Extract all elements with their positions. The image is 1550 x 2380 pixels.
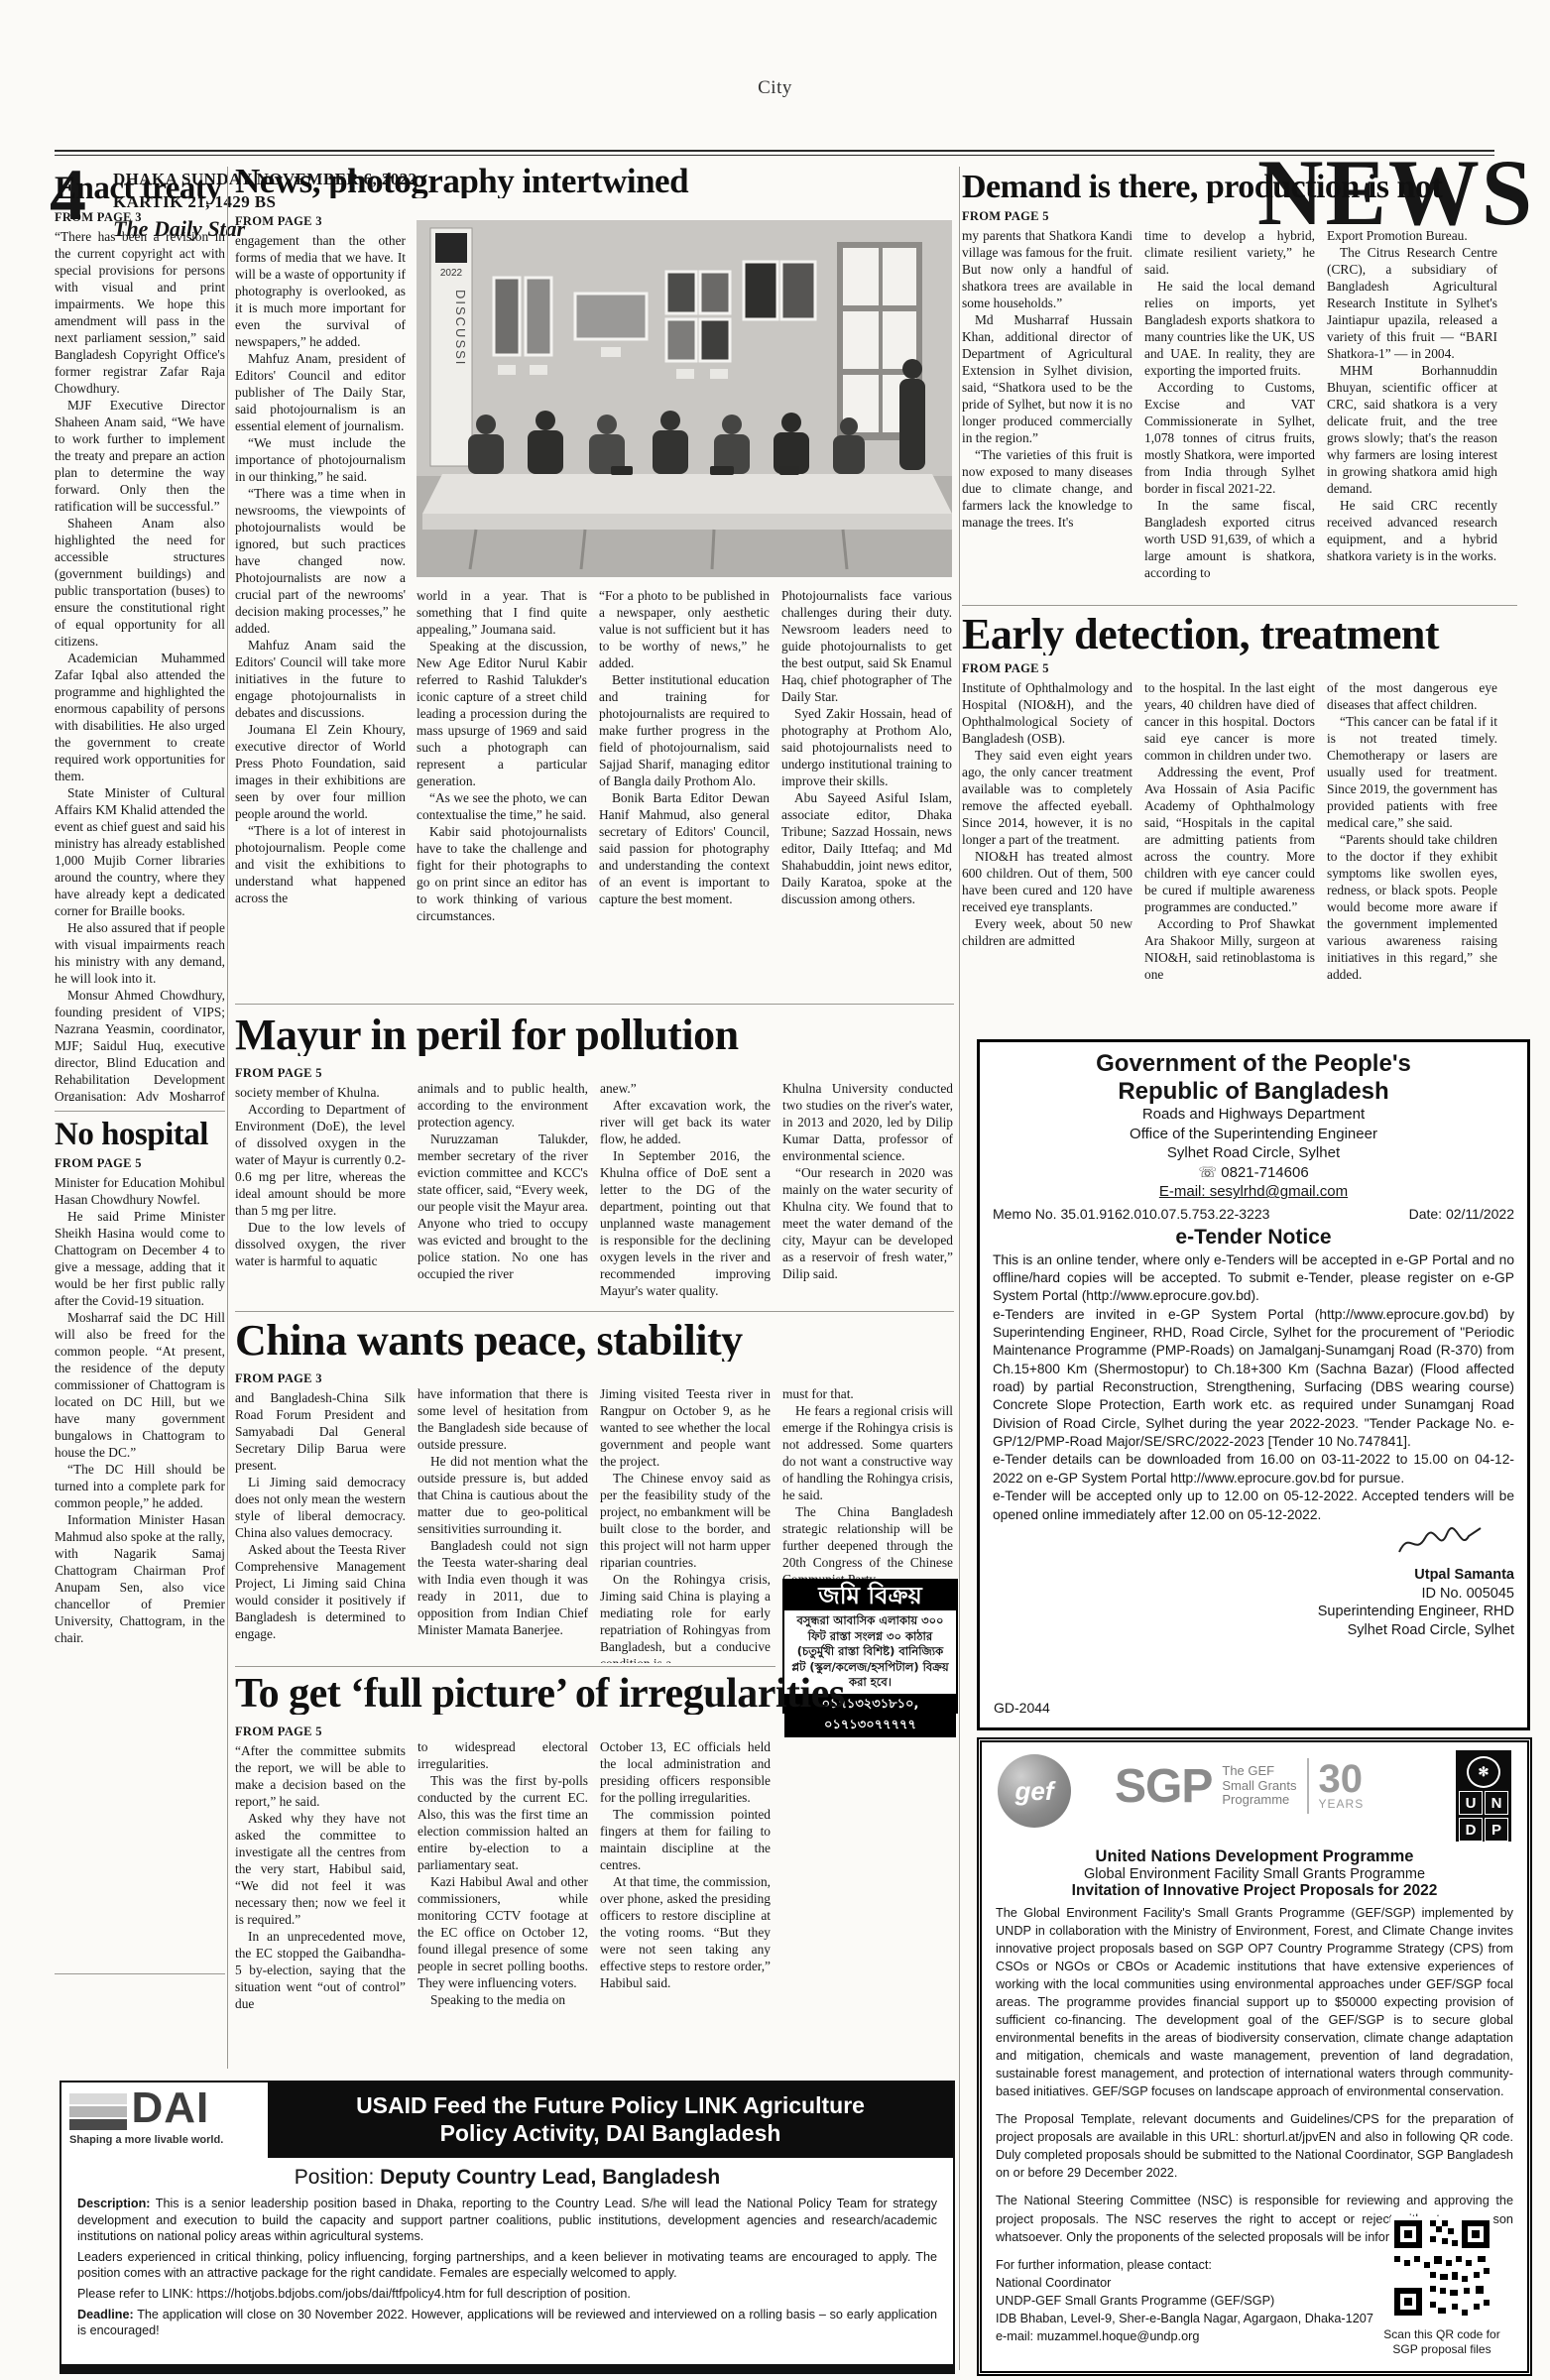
article-headline: Mayur in peril for pollution — [235, 1013, 957, 1056]
article-column: time to develop a hybrid, climate resili… — [1144, 227, 1315, 592]
signatory-name: Utpal Samanta — [993, 1566, 1514, 1585]
dai-deadline: Deadline: The application will close on … — [77, 2307, 937, 2339]
article-demand: Demand is there, production is not FROM … — [962, 171, 1517, 592]
sgp-logo-subtext: The GEFSmall GrantsProgramme — [1222, 1764, 1296, 1809]
paragraph: Asked about the Teesta River Comprehensi… — [235, 1541, 406, 1642]
paragraph: Kazi Habibul Awal and other commissioner… — [417, 1873, 588, 1991]
undp-title3: Invitation of Innovative Project Proposa… — [996, 1882, 1513, 1900]
article-column: October 13, EC officials held the local … — [600, 1719, 771, 2054]
undp-logo-row: gef SGP The GEFSmall GrantsProgramme 30 … — [996, 1750, 1513, 1845]
section-rule — [55, 1973, 225, 1974]
paragraph: This was the first by-polls conducted by… — [417, 1772, 588, 1873]
dai-job-ad: DAI Shaping a more livable world. USAID … — [60, 2081, 955, 2374]
article-no-hospital: No hospital FROM PAGE 5 Minister for Edu… — [55, 1119, 225, 1967]
gov-title-line1: Government of the People's — [993, 1050, 1514, 1078]
article-news-photography-col1: FROM PAGE 3 engagement than the other fo… — [235, 208, 406, 1004]
dai-link-line: Please refer to LINK: https://hotjobs.bd… — [77, 2286, 937, 2303]
article-headline: Early detection, treatment — [962, 613, 1517, 655]
paragraph: The Citrus Research Centre (CRC), a subs… — [1327, 244, 1497, 362]
paragraph: He said Prime Minister Sheikh Hasina wou… — [55, 1208, 225, 1309]
paragraph: He also assured that if people with visu… — [55, 919, 225, 987]
paragraph: “As we see the photo, we can contextuali… — [417, 789, 587, 823]
paragraph: In September 2016, the Khulna office of … — [600, 1147, 771, 1299]
article-column: must for that.He fears a regional crisis… — [782, 1366, 953, 1604]
article-news-photography-cols: world in a year. That is something that … — [417, 587, 952, 1002]
paragraph: According to Customs, Excise and VAT Com… — [1144, 379, 1315, 497]
article-headline: Enact treaty — [55, 173, 225, 204]
paragraph: After excavation work, the river will ge… — [600, 1097, 771, 1147]
section-label: City — [0, 77, 1550, 99]
qr-code-block: Scan this QR code for SGP proposal files — [1378, 2216, 1505, 2357]
paragraph: “Our research in 2020 was mainly on the … — [782, 1164, 953, 1282]
paragraph: Export Promotion Bureau. — [1327, 227, 1497, 244]
undp-title2: Global Environment Facility Small Grants… — [996, 1866, 1513, 1882]
etender-title: e-Tender Notice — [993, 1226, 1514, 1249]
paragraph: He did not mention what the outside pres… — [417, 1453, 588, 1537]
paragraph: must for that. — [782, 1385, 953, 1402]
signatory-address: Sylhet Road Circle, Sylhet — [993, 1621, 1514, 1640]
qr-caption-line1: Scan this QR code for — [1378, 2327, 1505, 2342]
paragraph: They said even eight years ago, the only… — [962, 747, 1133, 848]
article-column: and Bangladesh-China Silk Road Forum Pre… — [235, 1389, 406, 1645]
qr-code-icon — [1390, 2216, 1493, 2320]
memo-number: Memo No. 35.01.9162.010.07.5.753.22-3223 — [993, 1206, 1269, 1222]
paragraph: Nuruzzaman Talukder, member secretary of… — [417, 1130, 588, 1282]
paragraph: Md Musharraf Hussain Khan, additional di… — [962, 311, 1133, 446]
paragraph: According to Prof Shawkat Ara Shakoor Mi… — [1144, 915, 1315, 983]
dai-description: Description: This is a senior leadership… — [77, 2196, 937, 2245]
article-column: of the most dangerous eye diseases that … — [1327, 679, 1497, 1018]
paragraph: He said CRC recently received advanced r… — [1327, 497, 1497, 564]
section-rule — [962, 605, 1517, 606]
article-column: to widespread electoral irregularities.T… — [417, 1719, 588, 2054]
dai-banner-line1: USAID Feed the Future Policy LINK Agricu… — [268, 2092, 953, 2120]
un-emblem-icon: ✻ — [1467, 1756, 1500, 1788]
paragraph: In the same fiscal, Bangladesh exported … — [1144, 497, 1315, 581]
article-headline: To get ‘full picture’ of irregularities — [235, 1674, 957, 1715]
jump-line: FROM PAGE 5 — [235, 1066, 406, 1081]
paragraph: Kabir said photojournalists have to take… — [417, 823, 587, 924]
article-column: my parents that Shatkora Kandi village w… — [962, 227, 1133, 592]
memo-date: Date: 02/11/2022 — [1409, 1206, 1514, 1222]
discussion-photo-art: 2022 DISCUSSI — [417, 220, 952, 577]
signatory-role: Superintending Engineer, RHD — [993, 1603, 1514, 1621]
paragraph: to the hospital. In the last eight years… — [1144, 679, 1315, 764]
paragraph: animals and to public health, according … — [417, 1080, 588, 1130]
paragraph: Due to the low levels of dissolved oxyge… — [235, 1219, 406, 1269]
paragraph: At that time, the commission, over phone… — [600, 1873, 771, 1991]
paragraph: “There has been a revision in the curren… — [55, 228, 225, 397]
paragraph: He said the local demand relies on impor… — [1144, 278, 1315, 379]
article-column: Minister for Education Mohibul Hasan Cho… — [55, 1174, 225, 1967]
section-rule — [235, 1004, 954, 1005]
jump-line: FROM PAGE 3 — [235, 1371, 406, 1386]
paragraph: Monsur Ahmed Chowdhury, founding preside… — [55, 987, 225, 1101]
undp-title1: United Nations Development Programme — [996, 1847, 1513, 1866]
dai-logo: DAI Shaping a more livable world. — [61, 2082, 268, 2158]
paragraph: time to develop a hybrid, climate resili… — [1144, 227, 1315, 278]
article-column: “For a photo to be published in a newspa… — [599, 587, 770, 1002]
dai-tagline: Shaping a more livable world. — [69, 2134, 260, 2146]
svg-text:DISCUSSI: DISCUSSI — [453, 290, 468, 366]
article-news-photography: News, photography intertwined — [235, 165, 957, 198]
paragraph: Academician Muhammed Zafar Iqbal also at… — [55, 650, 225, 784]
article-full-picture: To get ‘full picture’ of irregularities … — [235, 1674, 957, 2054]
undp-logo-icon: ✻ UN DP — [1456, 1750, 1511, 1842]
paragraph: He fears a regional crisis will emerge i… — [782, 1402, 953, 1503]
paragraph: Photojournalists face various challenges… — [781, 587, 952, 705]
newspaper-page: City 4 DHAKA SUNDAY NOVEMBER 6, 2022 KAR… — [0, 0, 1550, 2380]
article-enact-treaty: Enact treaty FROM PAGE 3 “There has been… — [55, 173, 225, 1101]
signature-icon — [1395, 1526, 1485, 1560]
jump-line: FROM PAGE 5 — [235, 1725, 406, 1739]
gov-office: Office of the Superintending Engineer — [993, 1125, 1514, 1144]
article-column: society member of Khulna.According to De… — [235, 1084, 406, 1306]
paragraph: “We must include the importance of photo… — [235, 434, 406, 485]
dai-banner-line2: Policy Activity, DAI Bangladesh — [268, 2120, 953, 2148]
gov-circle: Sylhet Road Circle, Sylhet — [993, 1143, 1514, 1163]
paragraph: The Chinese envoy said as per the feasib… — [600, 1470, 771, 1571]
article-headline: News, photography intertwined — [235, 165, 957, 198]
paragraph: MJF Executive Director Shaheen Anam said… — [55, 397, 225, 515]
paragraph: Mahfuz Anam said the Editors' Council wi… — [235, 637, 406, 721]
paragraph: The China Bangladesh strategic relations… — [782, 1503, 953, 1588]
ad-serial: GD-2044 — [994, 1700, 1050, 1716]
sgp-logo-divider — [1307, 1758, 1309, 1814]
etender-para4: e-Tender will be accepted only up to 12.… — [993, 1487, 1514, 1524]
paragraph: Syed Zakir Hossain, head of photography … — [781, 705, 952, 789]
article-column: “After the committee submits the report,… — [235, 1742, 406, 2036]
gef-logo-icon: gef — [998, 1754, 1071, 1828]
paragraph: Jiming visited Teesta river in Rangpur o… — [600, 1385, 771, 1470]
etender-notice-ad: Government of the People's Republic of B… — [977, 1039, 1530, 1730]
position-line: Position: Deputy Country Lead, Banglades… — [61, 2158, 953, 2192]
classified-ad-title: জমি বিক্রয় — [784, 1581, 956, 1610]
paragraph: Abu Sayeed Asiful Islam, associate edito… — [781, 789, 952, 907]
paragraph: Khulna University conducted two studies … — [782, 1080, 953, 1164]
article-column: Jiming visited Teesta river in Rangpur o… — [600, 1366, 771, 1663]
paragraph: Addressing the event, Prof Ava Hossain o… — [1144, 764, 1315, 915]
signatory-id: ID No. 005045 — [993, 1585, 1514, 1604]
article-headline: Demand is there, production is not — [962, 171, 1517, 203]
article-column: anew.”After excavation work, the river w… — [600, 1060, 771, 1324]
article-early-detection: Early detection, treatment FROM PAGE 5 I… — [962, 613, 1517, 1018]
column-rule — [227, 167, 228, 2069]
paragraph: world in a year. That is something that … — [417, 587, 587, 638]
paragraph: Mahfuz Anam, president of Editors' Counc… — [235, 350, 406, 434]
article-column: have information that there is some leve… — [417, 1366, 588, 1663]
paragraph: Shaheen Anam also highlighted the need f… — [55, 515, 225, 650]
paragraph: Joumana El Zein Khoury, executive direct… — [235, 721, 406, 822]
gov-title-line2: Republic of Bangladesh — [993, 1078, 1514, 1106]
paragraph: Minister for Education Mohibul Hasan Cho… — [55, 1174, 225, 1208]
section-rule — [235, 1666, 775, 1667]
paragraph: “After the committee submits the report,… — [235, 1742, 406, 1810]
paragraph: Better institutional education and train… — [599, 671, 770, 789]
paragraph: State Minister of Cultural Affairs KM Kh… — [55, 784, 225, 919]
paragraph: “For a photo to be published in a newspa… — [599, 587, 770, 671]
paragraph: “There is a lot of interest in photojour… — [235, 822, 406, 906]
paragraph: to widespread electoral irregularities. — [417, 1738, 588, 1772]
sgp-logo: SGP The GEFSmall GrantsProgramme 30 YEAR… — [1115, 1758, 1364, 1814]
jump-line: FROM PAGE 5 — [962, 209, 1517, 224]
dai-logo-text: DAI — [131, 2088, 209, 2128]
qr-caption-line2: SGP proposal files — [1378, 2342, 1505, 2357]
article-headline: No hospital — [55, 1119, 225, 1150]
paragraph: Bonik Barta Editor Dewan Hanif Mahmud, a… — [599, 789, 770, 907]
etender-para1: This is an online tender, where only e-T… — [993, 1251, 1514, 1306]
paragraph: October 13, EC officials held the local … — [600, 1738, 771, 1806]
paragraph: and Bangladesh-China Silk Road Forum Pre… — [235, 1389, 406, 1474]
paragraph: “The DC Hill should be turned into a com… — [55, 1461, 225, 1511]
paragraph: society member of Khulna. — [235, 1084, 406, 1101]
gov-dept: Roads and Highways Department — [993, 1105, 1514, 1125]
article-column: animals and to public health, according … — [417, 1060, 588, 1324]
article-column: world in a year. That is something that … — [417, 587, 587, 1002]
jump-line: FROM PAGE 3 — [55, 210, 225, 225]
position-value: Deputy Country Lead, Bangladesh — [380, 2166, 720, 2189]
paragraph: In an unprecedented move, the EC stopped… — [235, 1928, 406, 2012]
dai-banner: USAID Feed the Future Policy LINK Agricu… — [268, 2082, 953, 2158]
jump-line: FROM PAGE 5 — [55, 1156, 225, 1171]
paragraph: Information Minister Hasan Mahmud also s… — [55, 1511, 225, 1646]
paragraph: Speaking to the media on — [417, 1991, 588, 2008]
article-column: to the hospital. In the last eight years… — [1144, 679, 1315, 1018]
paragraph: MHM Borhannuddin Bhuyan, scientific offi… — [1327, 362, 1497, 497]
paragraph: anew.” — [600, 1080, 771, 1097]
article-column: Institute of Ophthalmology and Hospital … — [962, 679, 1133, 1018]
paragraph: engagement than the other forms of media… — [235, 232, 406, 350]
jump-line: FROM PAGE 3 — [235, 214, 406, 229]
paragraph: Institute of Ophthalmology and Hospital … — [962, 679, 1133, 747]
paragraph: According to Department of Environment (… — [235, 1101, 406, 1219]
column-rule — [959, 167, 960, 2370]
sgp-logo-text: SGP — [1115, 1759, 1212, 1814]
article-column: “There has been a revision in the curren… — [55, 228, 225, 1101]
article-column: Khulna University conducted two studies … — [782, 1060, 953, 1324]
undp-para2: The Proposal Template, relevant document… — [996, 2110, 1513, 2182]
dai-paragraph: Leaders experienced in critical thinking… — [77, 2249, 937, 2282]
paragraph: Asked why they have not asked the commit… — [235, 1810, 406, 1928]
sgp-30-years: 30 YEARS — [1319, 1761, 1365, 1811]
paragraph: NIO&H has treated almost 600 children. O… — [962, 848, 1133, 915]
undp-gef-ad: gef SGP The GEFSmall GrantsProgramme 30 … — [977, 1737, 1532, 2376]
signature-block: Utpal Samanta ID No. 005045 Superintendi… — [993, 1526, 1514, 1640]
etender-para2: e-Tenders are invited in e-GP System Por… — [993, 1306, 1514, 1452]
paragraph: Speaking at the discussion, New Age Edit… — [417, 638, 587, 789]
paragraph: On the Rohingya crisis, Jiming said Chin… — [600, 1571, 771, 1663]
phone-number: 0821-714606 — [1221, 1164, 1308, 1181]
jump-line: FROM PAGE 5 — [962, 661, 1517, 676]
dai-logo-stripes-icon — [69, 2093, 127, 2132]
paragraph: Every week, about 50 new children are ad… — [962, 915, 1133, 949]
undp-para1: The Global Environment Facility's Small … — [996, 1904, 1513, 2100]
paragraph: “Parents should take children to the doc… — [1327, 831, 1497, 983]
paragraph: Mosharraf said the DC Hill will also be … — [55, 1309, 225, 1461]
paragraph: However, he said, they — [235, 1642, 406, 1645]
paragraph: The commission pointed fingers at them f… — [600, 1806, 771, 1873]
phone-icon: ☏ — [1198, 1164, 1217, 1181]
svg-text:2022: 2022 — [440, 268, 463, 279]
article-column: Export Promotion Bureau.The Citrus Resea… — [1327, 227, 1497, 592]
paragraph: my parents that Shatkora Kandi village w… — [962, 227, 1133, 311]
article-mayur: Mayur in peril for pollution FROM PAGE 5… — [235, 1013, 957, 1324]
paragraph: have information that there is some leve… — [417, 1385, 588, 1453]
paragraph: “There was a time when in newsrooms, the… — [235, 485, 406, 637]
article-column: Photojournalists face various challenges… — [781, 587, 952, 1002]
discussion-photo: 2022 DISCUSSI — [417, 220, 952, 577]
etender-para3: e-Tender details can be downloaded from … — [993, 1451, 1514, 1487]
paragraph: Li Jiming said democracy does not only m… — [235, 1474, 406, 1541]
paragraph: Bangladesh could not sign the Teesta wat… — [417, 1537, 588, 1638]
email-line: E-mail: sesylrhd@gmail.com — [993, 1182, 1514, 1202]
article-column: engagement than the other forms of media… — [235, 232, 406, 1004]
paragraph: of the most dangerous eye diseases that … — [1327, 679, 1497, 713]
section-rule — [55, 1111, 225, 1112]
paragraph: “This cancer can be fatal if it is not t… — [1327, 713, 1497, 831]
article-headline: China wants peace, stability — [235, 1319, 957, 1362]
paragraph: “The varieties of this fruit is now expo… — [962, 446, 1133, 531]
